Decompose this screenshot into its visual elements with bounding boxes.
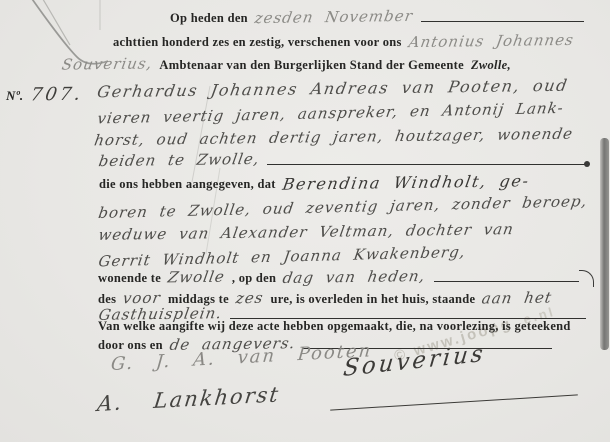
line-residence-declarants: beiden te Zwolle, — [99, 151, 588, 169]
handwritten-registrar-firstnames: Antonius Johannes — [407, 31, 575, 51]
handwritten-registrar-surname: Souverius, — [60, 54, 154, 73]
line-declarant-1-details: vieren veertig jaren, aanspreker, en Ant… — [98, 102, 604, 124]
ink-blob — [584, 161, 590, 167]
printed-text: die ons hebben aangegeven, dat — [99, 177, 276, 192]
page-edge-shadow — [600, 138, 609, 350]
printed-text: Op heden den — [170, 11, 248, 26]
line-residence-death-date: wonende te Zwolle , op den dag van heden… — [98, 268, 594, 286]
handwritten-text: horst, oud achten dertig jaren, houtzage… — [93, 125, 575, 150]
handwritten-death-date: dag van heden, — [282, 267, 427, 287]
fill-rule — [267, 164, 588, 165]
printed-text: achttien honderd zes en zestig, verschen… — [113, 35, 402, 50]
handwritten-residence: Zwolle — [167, 268, 227, 287]
printed-text: , op den — [232, 271, 276, 286]
handwritten-text: beiden te Zwolle, — [97, 150, 261, 170]
handwritten-date: zesden November — [253, 7, 414, 27]
line-declarant-2-details: horst, oud achten dertig jaren, houtzage… — [95, 128, 604, 146]
act-number: 707. — [30, 84, 86, 106]
fill-rule — [421, 21, 584, 22]
signature-underline-flourish — [330, 394, 578, 410]
act-number-block: Nº. 707. — [6, 84, 84, 105]
line-opening-date: Op heden den zesden November — [170, 8, 584, 26]
line-year-registrar: achttien honderd zes en zestig, verschen… — [113, 32, 600, 50]
line-declarant-1: Gerhardus Johannes Andreas van Pooten, o… — [98, 79, 606, 98]
handwritten-deceased-name: Berendina Windholt, ge- — [281, 171, 531, 193]
printed-text: wonende te — [98, 271, 161, 286]
fill-rule — [434, 281, 580, 282]
line-deceased-name: die ons hebben aangegeven, dat Berendina… — [99, 173, 602, 192]
line-registrar-title: Souverius, Ambtenaar van den Burgerlijke… — [62, 55, 600, 73]
line-widow-of: weduwe van Alexander Veltman, dochter va… — [99, 223, 576, 241]
signature-declarant-2: A. Lankhorst — [96, 382, 281, 416]
no-label: Nº. — [6, 88, 23, 104]
pen-curl-flourish — [579, 270, 594, 287]
printed-text: Ambtenaar van den Burgerlijken Stand der… — [159, 58, 464, 73]
line-deceased-details: boren te Zwolle, oud zeventig jaren, zon… — [99, 195, 600, 218]
printed-text: Van welke aangifte wij deze acte hebben … — [98, 319, 571, 334]
handwritten-text: weduwe van Alexander Veltman, dochter va… — [97, 220, 515, 244]
handwritten-declarant-1: Gerhardus Johannes Andreas van Pooten, o… — [96, 76, 570, 102]
line-closing-formula: Van welke aangifte wij deze acte hebben … — [98, 319, 592, 334]
printed-gemeente-name: Zwolle, — [471, 58, 511, 73]
death-record-page: © www.joopg e.nl Nº. 707. Op heden den z… — [0, 0, 610, 442]
